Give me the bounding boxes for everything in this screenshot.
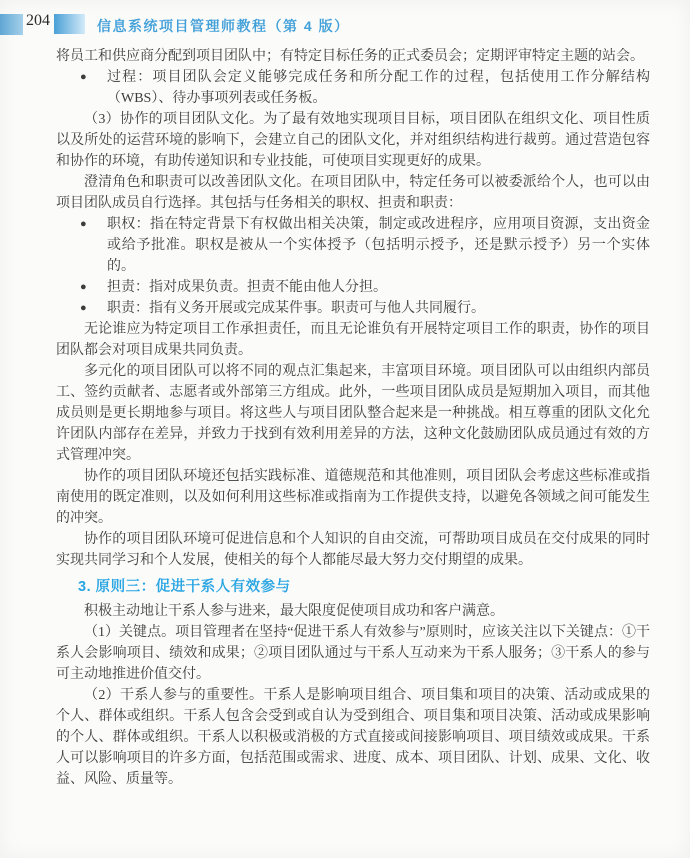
bullet-icon: ● (80, 67, 107, 109)
paragraph: 协作的项目团队环境还包括实践标准、道德规范和其他准则，项目团队会考虑这些标准或指… (56, 466, 650, 529)
list-item: ● 担责：指对成果负责。担责不能由他人分担。 (80, 277, 650, 298)
list-item-text: 职责：指有义务开展或完成某件事。职责可与他人共同履行。 (107, 298, 650, 319)
paragraph: 协作的项目团队环境可促进信息和个人知识的自由交流，可帮助项目成员在交付成果的同时… (56, 529, 650, 571)
book-page: 204 信息系统项目管理师教程（第 4 版） 将员工和供应商分配到项目团队中；有… (0, 0, 690, 858)
page-body: 将员工和供应商分配到项目团队中；有特定目标任务的正式委员会；定期评审特定主题的站… (56, 46, 650, 790)
list-item-text: 职权：指在特定背景下有权做出相关决策，制定或改进程序，应用项目资源，支出资金或给… (107, 214, 650, 277)
paragraph: （3）协作的项目团队文化。为了最有效地实现项目目标，项目团队在组织文化、项目性质… (56, 109, 650, 172)
header-accent-square-left-icon (0, 14, 23, 35)
paragraph: 澄清角色和职责可以改善团队文化。在项目团队中，特定任务可以被委派给个人，也可以由… (56, 172, 650, 214)
header-accent-square-right-icon (54, 14, 85, 34)
paragraph-continuation: 将员工和供应商分配到项目团队中；有特定目标任务的正式委员会；定期评审特定主题的站… (56, 46, 650, 67)
list-item: ● 过程：项目团队会定义能够完成任务和所分配工作的过程，包括使用工作分解结构（W… (80, 67, 650, 109)
section-heading: 3. 原则三：促进干系人有效参与 (78, 577, 650, 598)
list-item-text: 担责：指对成果负责。担责不能由他人分担。 (107, 277, 650, 298)
paragraph: 无论谁应为特定项目工作承担责任，而且无论谁负有开展特定项目工作的职责，协作的项目… (56, 319, 650, 361)
page-number: 204 (23, 12, 53, 30)
list-item: ● 职权：指在特定背景下有权做出相关决策，制定或改进程序，应用项目资源，支出资金… (80, 214, 650, 277)
list-item: ● 职责：指有义务开展或完成某件事。职责可与他人共同履行。 (80, 298, 650, 319)
bullet-icon: ● (80, 277, 107, 298)
paragraph: （2）干系人参与的重要性。干系人是影响项目组合、项目集和项目的决策、活动或成果的… (56, 685, 650, 790)
paragraph: （1）关键点。项目管理者在坚持“促进干系人有效参与”原则时，应该关注以下关键点：… (56, 622, 650, 685)
bullet-icon: ● (80, 298, 107, 319)
paragraph: 多元化的项目团队可以将不同的观点汇集起来，丰富项目环境。项目团队可以由组织内部员… (56, 361, 650, 466)
list-item-text: 过程：项目团队会定义能够完成任务和所分配工作的过程，包括使用工作分解结构（WBS… (107, 67, 650, 109)
book-title: 信息系统项目管理师教程（第 4 版） (97, 16, 350, 36)
paragraph: 积极主动地让干系人参与进来，最大限度促使项目成功和客户满意。 (56, 601, 650, 622)
bullet-icon: ● (80, 214, 107, 277)
